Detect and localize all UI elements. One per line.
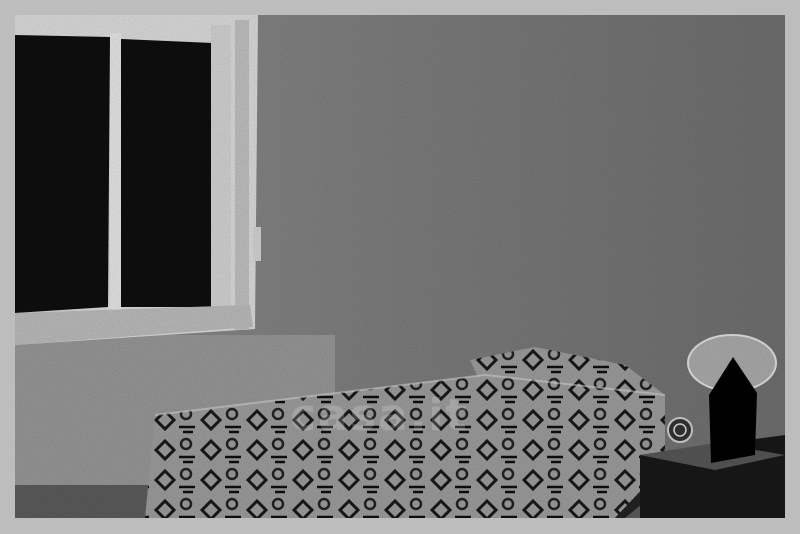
window — [15, 15, 261, 345]
bedroom-photo: casa.it — [15, 15, 785, 518]
bedroom-scene — [15, 15, 785, 518]
clock — [668, 418, 692, 442]
